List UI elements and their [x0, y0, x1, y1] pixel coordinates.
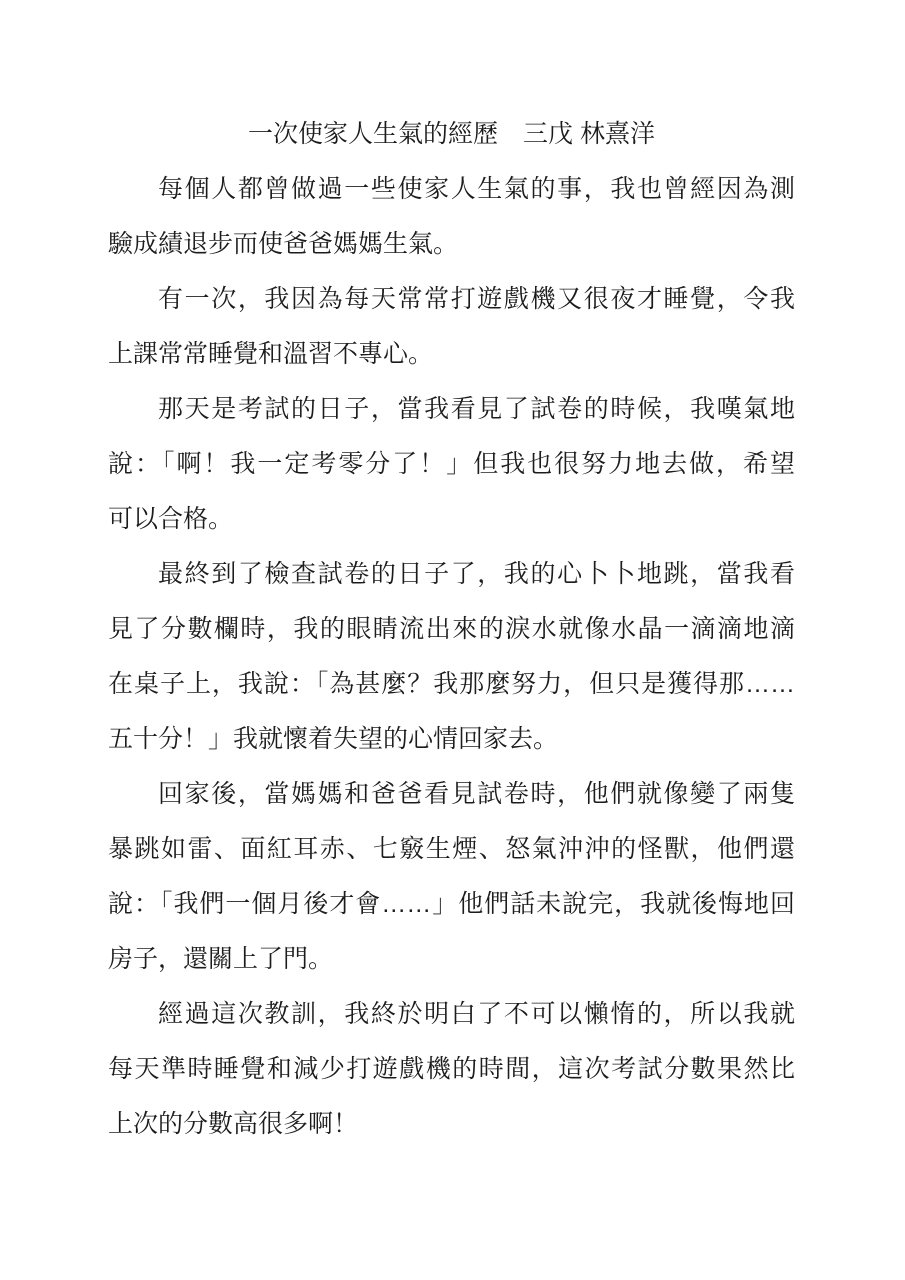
text-line: 說：「啊！我一定考零分了！」但我也很努力地去做，希望 — [108, 437, 795, 492]
text-line: 那天是考試的日子，當我看見了試卷的時候，我嘆氣地 — [108, 382, 795, 437]
text-line: 每個人都曾做過一些使家人生氣的事，我也曾經因為測 — [108, 162, 795, 217]
text-line: 五十分！」我就懷着失望的心情回家去。 — [108, 712, 795, 767]
text-line: 回家後，當媽媽和爸爸看見試卷時，他們就像變了兩隻 — [108, 767, 795, 822]
text-line: 有一次，我因為每天常常打遊戲機又很夜才睡覺，令我 — [108, 272, 795, 327]
text-line: 驗成績退步而使爸爸媽媽生氣。 — [108, 217, 795, 272]
text-line: 說：「我們一個月後才會……」他們話未說完，我就後悔地回 — [108, 877, 795, 932]
document-page: 一次使家人生氣的經歷 三戊 林熹洋 每個人都曾做過一些使家人生氣的事，我也曾經因… — [0, 0, 905, 1280]
text-line: 暴跳如雷、面紅耳赤、七竅生煙、怒氣沖沖的怪獸，他們還 — [108, 822, 795, 877]
text-line: 每天準時睡覺和減少打遊戲機的時間，這次考試分數果然比 — [108, 1042, 795, 1097]
text-line: 上次的分數高很多啊！ — [108, 1097, 795, 1152]
text-line: 在桌子上，我說：「為甚麼？我那麼努力，但只是獲得那…… — [108, 657, 795, 712]
text-line: 最終到了檢查試卷的日子了，我的心卜卜地跳，當我看 — [108, 547, 795, 602]
text-line: 可以合格。 — [108, 492, 795, 547]
text-line: 上課常常睡覺和溫習不專心。 — [108, 327, 795, 382]
text-line: 見了分數欄時，我的眼睛流出來的淚水就像水晶一滴滴地滴 — [108, 602, 795, 657]
text-line: 房子，還關上了門。 — [108, 932, 795, 987]
essay-body: 一次使家人生氣的經歷 三戊 林熹洋 每個人都曾做過一些使家人生氣的事，我也曾經因… — [108, 107, 795, 1152]
essay-title: 一次使家人生氣的經歷 三戊 林熹洋 — [108, 107, 795, 162]
text-line: 經過這次教訓，我終於明白了不可以懶惰的，所以我就 — [108, 987, 795, 1042]
